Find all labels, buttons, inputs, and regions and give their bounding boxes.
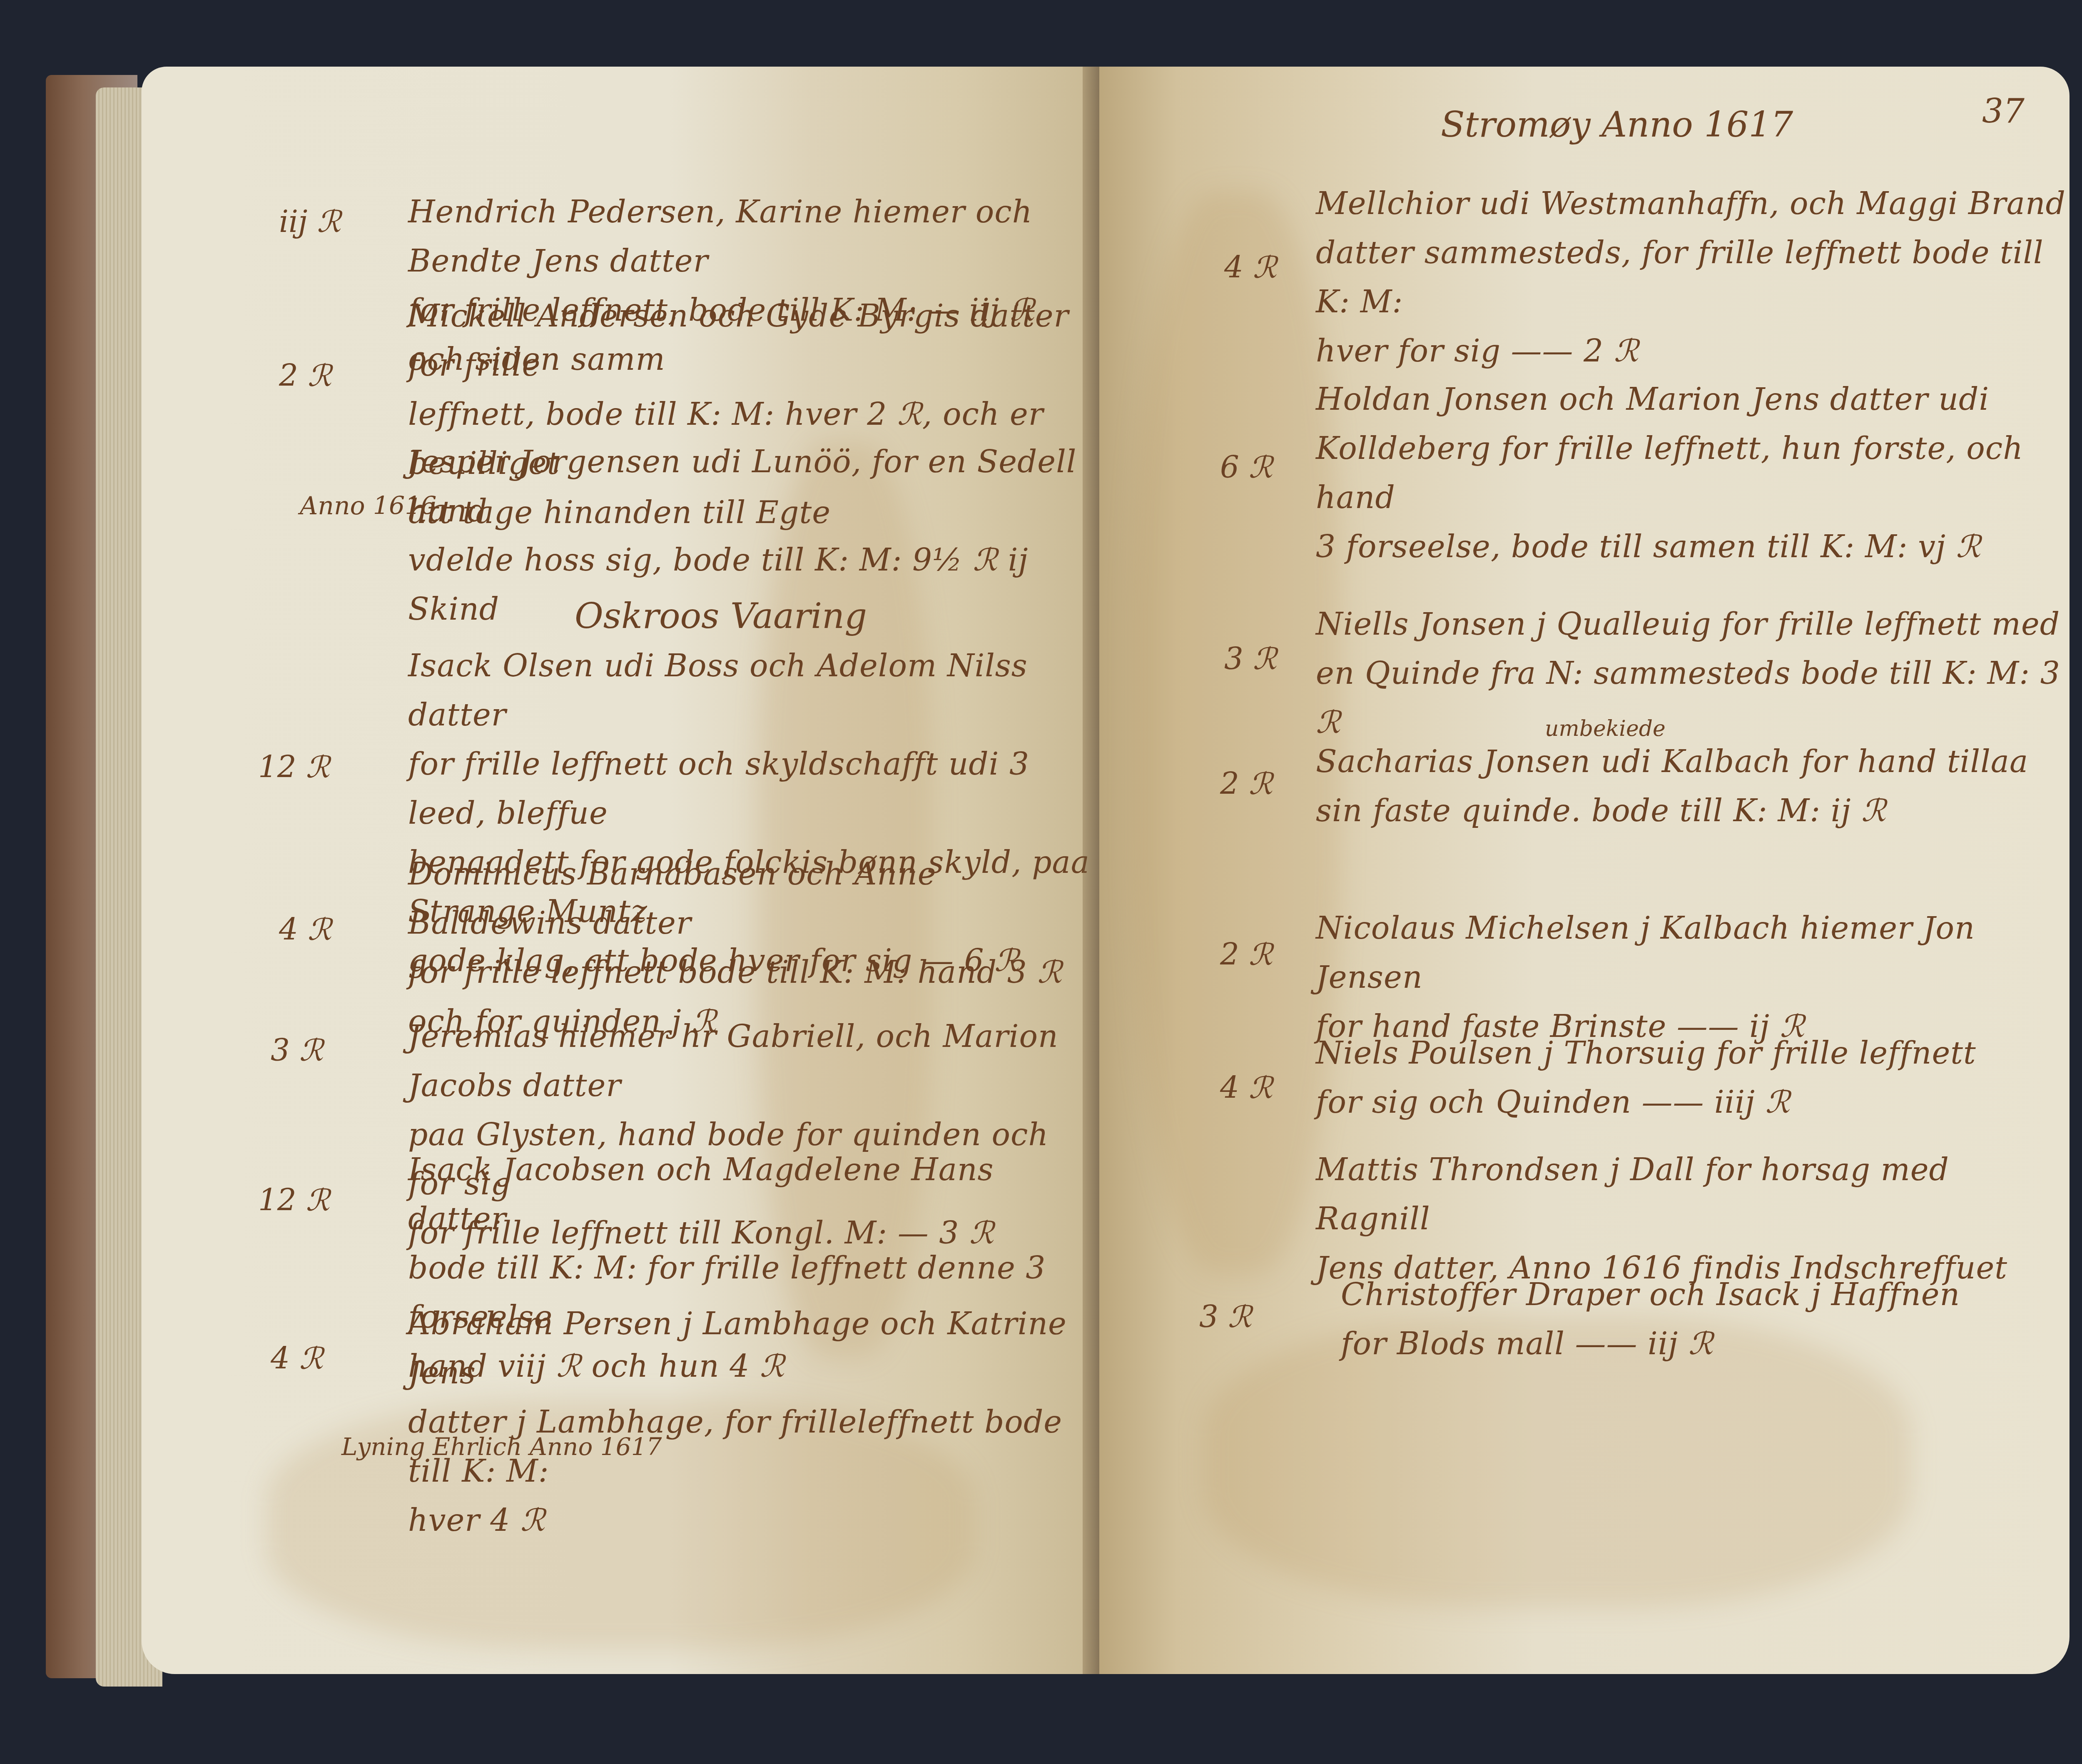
entry-line: Isack Olsen udi Boss och Adelom Nilss da…	[408, 641, 1099, 740]
entry-line: Jeremias hiemer hr Gabriell, och Marion …	[408, 1012, 1099, 1110]
margin-amount: 3 ℛ	[1224, 641, 1277, 676]
margin-amount: 4 ℛ	[271, 1341, 323, 1376]
margin-amount: 4 ℛ	[1224, 250, 1277, 285]
entry-line: Hendrich Pedersen, Karine hiemer och Ben…	[408, 187, 1099, 286]
entry-line: en Quinde fra N: sammesteds bode till K:…	[1316, 649, 2070, 747]
entry-line: Dominicus Barnabasen och Anne Balldewins…	[408, 850, 1099, 948]
entry-text: Niells Jonsen j Qualleuig for frille lef…	[1316, 600, 2070, 747]
entry-line: Mickell Andersen och Gyde Byrgis datter …	[408, 292, 1099, 390]
entry-line: datter sammesteds, for frille leffnett b…	[1316, 228, 2070, 326]
left-page: iij ℛ Hendrich Pedersen, Karine hiemer o…	[142, 67, 1099, 1674]
entry-text: Christoffer Draper och Isack j Haffnen f…	[1341, 1270, 1960, 1368]
entry-text: Sacharias Jonsen udi Kalbach for hand ti…	[1316, 737, 2028, 835]
entry-line: Mellchior udi Westmanhaffn, och Maggi Br…	[1316, 179, 2070, 228]
entry-line: Holdan Jonsen och Marion Jens datter udi	[1316, 375, 2070, 424]
water-stain	[1133, 192, 1341, 1274]
entry-line: hver for sig —— 2 ℛ	[1316, 326, 2070, 376]
folio-number: 37	[1982, 92, 2025, 130]
entry-line: for Blods mall —— iij ℛ	[1341, 1319, 1960, 1368]
margin-amount: iij ℛ	[279, 204, 341, 239]
margin-amount: 12 ℛ	[258, 750, 330, 785]
entry-line: Christoffer Draper och Isack j Haffnen	[1341, 1270, 1960, 1319]
margin-amount: 4 ℛ	[279, 912, 331, 947]
entry-line: for frille leffnett bode till K: M: hand…	[408, 948, 1099, 997]
entry-text: Abraham Persen j Lambhage och Katrine Je…	[408, 1299, 1099, 1545]
entry-line: Jesper Jorgensen udi Lunöö, for en Sedel…	[408, 437, 1099, 536]
open-book: iij ℛ Hendrich Pedersen, Karine hiemer o…	[46, 50, 2082, 1707]
margin-amount: 6 ℛ	[1220, 450, 1273, 485]
entry-line: Mattis Throndsen j Dall for horsag med R…	[1316, 1145, 2070, 1243]
entry-line: 3 forseelse, bode till samen till K: M: …	[1316, 522, 2070, 571]
page-heading: Stromøy Anno 1617	[1441, 104, 1793, 145]
margin-amount: 2 ℛ	[1220, 766, 1273, 801]
entry-text: Mellchior udi Westmanhaffn, och Maggi Br…	[1316, 179, 2070, 376]
entry-line: Sacharias Jonsen udi Kalbach for hand ti…	[1316, 737, 2028, 786]
margin-amount: 12 ℛ	[258, 1183, 330, 1218]
entry-line: sin faste quinde. bode till K: M: ij ℛ	[1316, 786, 2028, 835]
entry-line: Kolldeberg for frille leffnett, hun fors…	[1316, 424, 2070, 522]
entry-text: Niels Poulsen j Thorsuig for frille leff…	[1316, 1029, 1976, 1127]
entry-line: Abraham Persen j Lambhage och Katrine Je…	[408, 1299, 1099, 1398]
margin-amount: 3 ℛ	[271, 1033, 323, 1068]
entry-line: for frille leffnett och skyldschafft udi…	[408, 740, 1099, 838]
entry-line: for sig och Quinden —— iiij ℛ	[1316, 1078, 1976, 1127]
entry-line: hver 4 ℛ	[408, 1496, 1099, 1545]
margin-amount: 3 ℛ	[1199, 1299, 1252, 1334]
entry-line: Nicolaus Michelsen j Kalbach hiemer Jon …	[1316, 904, 2070, 1002]
entry-line: Isack Jacobsen och Magdelene Hans datter	[408, 1145, 1099, 1243]
entry-text: Holdan Jonsen och Marion Jens datter udi…	[1316, 375, 2070, 571]
margin-amount: 2 ℛ	[1220, 937, 1273, 972]
right-page: 37 Stromøy Anno 1617 4 ℛ Mellchior udi W…	[1099, 67, 2070, 1674]
margin-amount: 4 ℛ	[1220, 1070, 1273, 1105]
margin-amount: 2 ℛ	[279, 358, 331, 393]
page-footer-note: Lyning Ehrlich Anno 1617	[341, 1433, 662, 1461]
entry-line: Niels Poulsen j Thorsuig for frille leff…	[1316, 1029, 1976, 1078]
section-heading: Oskroos Vaaring	[575, 595, 867, 636]
entry-line: Niells Jonsen j Qualleuig for frille lef…	[1316, 600, 2070, 649]
